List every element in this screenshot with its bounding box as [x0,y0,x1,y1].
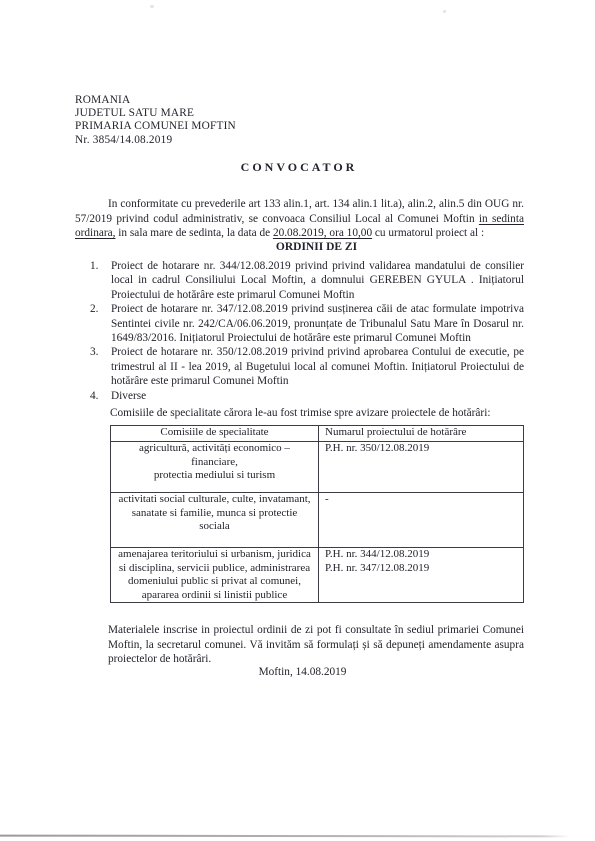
scan-speck [443,10,446,13]
commission-cell: activitati social culturale, culte, inva… [111,493,319,548]
commission-cell: amenajarea teritoriului si urbanism, jur… [111,548,319,603]
letterhead-registration-number: Nr. 3854/14.08.2019 [75,134,236,147]
project-number-line: P.H. nr. 347/12.08.2019 [325,562,517,576]
agenda-item-number: 3. [90,345,111,388]
letterhead-institution: PRIMARIA COMUNEI MOFTIN [75,120,236,133]
agenda-item-text: Proiect de hotarare nr. 350/12.08.2019 p… [111,345,524,388]
place-and-date-line: Moftin, 14.08.2019 [75,666,530,678]
committees-table: Comisiile de specialitate Numarul proiec… [110,425,524,603]
agenda-item-text: Diverse [111,389,524,403]
project-number-line: P.H. nr. 344/12.08.2019 [325,548,517,562]
scan-edge-line [0,835,570,838]
agenda-list: 1. Proiect de hotarare nr. 344/12.08.201… [90,259,524,403]
scan-speck [150,5,154,8]
table-row: amenajarea teritoriului si urbanism, jur… [111,548,524,603]
table-row: activitati social culturale, culte, inva… [111,493,524,548]
agenda-item-number: 2. [90,302,111,345]
table-header-commission: Comisiile de specialitate [111,426,319,442]
agenda-item: 4. Diverse [90,389,524,403]
agenda-item: 3. Proiect de hotarare nr. 350/12.08.201… [90,345,524,388]
projects-cell: P.H. nr. 344/12.08.2019 P.H. nr. 347/12.… [319,548,524,603]
committees-intro: Comisiile de specialitate cărora le-au f… [110,407,530,419]
letterhead-county: JUDETUL SATU MARE [75,107,236,120]
agenda-item: 1. Proiect de hotarare nr. 344/12.08.201… [90,259,524,302]
projects-cell: - [319,493,524,548]
table-header-project-number: Numarul proiectului de hotărâre [319,426,524,442]
intro-underlined-date-time: 20.08.2019, ora 10,00 [273,227,372,239]
project-number-line: P.H. nr. 350/12.08.2019 [325,442,517,456]
table-row: agricultură, activități economico – fina… [111,442,524,493]
closing-paragraph: Materialele inscrise in proiectul ordini… [108,623,524,666]
project-number-line: - [325,493,517,507]
letterhead: ROMANIA JUDETUL SATU MARE PRIMARIA COMUN… [75,94,236,147]
commission-cell: agricultură, activități economico – fina… [111,442,319,493]
intro-text-2: in sala mare de sedinta, la data de [115,227,272,239]
projects-cell: P.H. nr. 350/12.08.2019 [319,442,524,493]
intro-paragraph: In conformitate cu prevederile art 133 a… [75,197,524,241]
intro-text-1: In conformitate cu prevederile art 133 a… [75,198,524,225]
table-header-row: Comisiile de specialitate Numarul proiec… [111,426,524,442]
agenda-item-number: 1. [90,259,111,302]
agenda-item: 2. Proiect de hotarare nr. 347/12.08.201… [90,302,524,345]
intro-text-3: cu urmatorul proiect al : [372,227,484,239]
agenda-item-text: Proiect de hotarare nr. 344/12.08.2019 p… [111,259,524,302]
document-title: CONVOCATOR [75,160,523,175]
agenda-item-text: Proiect de hotarare nr. 347/12.08.2019 p… [111,302,524,345]
document-page: ROMANIA JUDETUL SATU MARE PRIMARIA COMUN… [0,0,595,841]
agenda-item-number: 4. [90,389,111,403]
agenda-heading: ORDINII DE ZI [110,241,523,253]
letterhead-country: ROMANIA [75,94,236,107]
